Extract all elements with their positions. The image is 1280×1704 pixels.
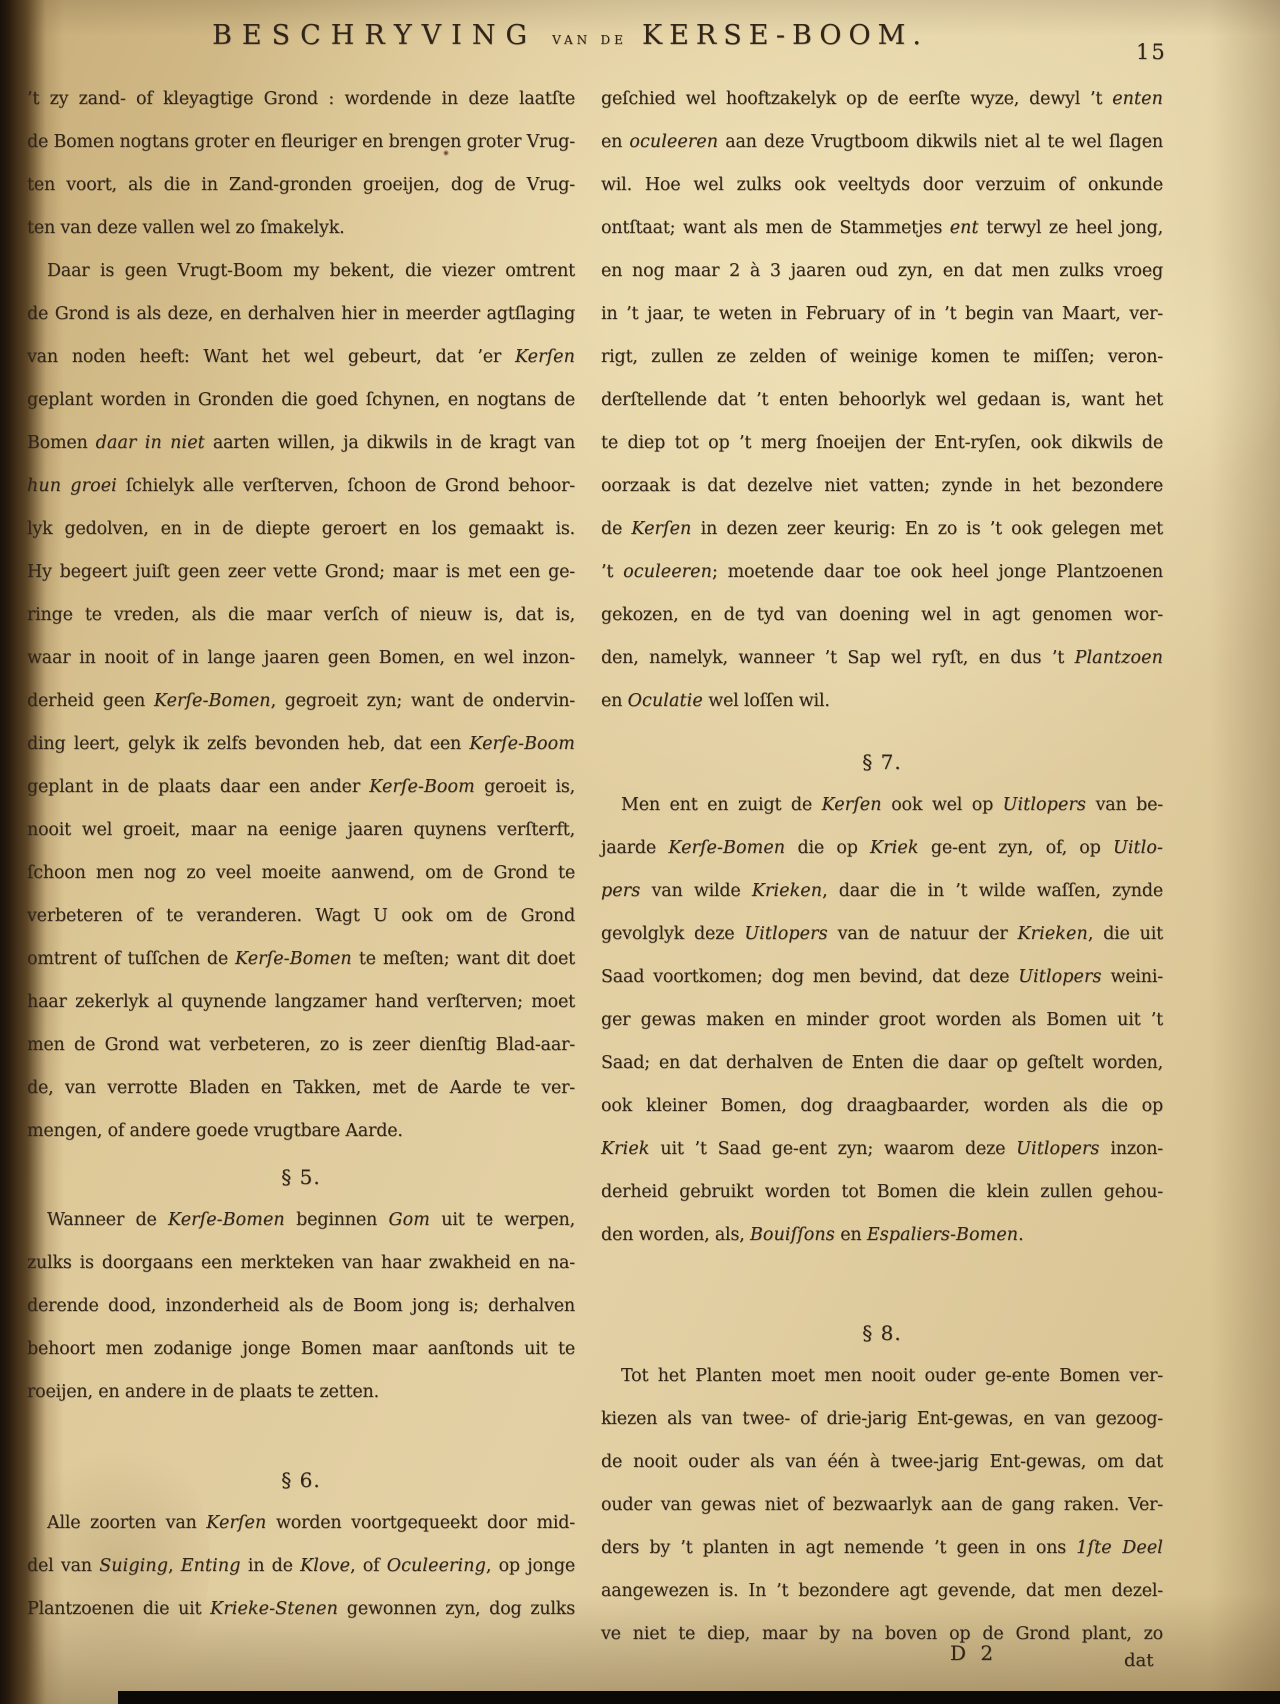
- text-line: ten voort, als die in Zand-gronden groei…: [27, 164, 575, 207]
- text-line: en Oculatie wel loſſen wil.: [601, 680, 1163, 723]
- text-line: den, namelyk, wanneer ’t Sap wel ryſt, e…: [601, 637, 1163, 680]
- text-line: hun groei ſchielyk alle verſterven, ſcho…: [27, 465, 575, 508]
- text-line: zulks is doorgaans een merkteken van haa…: [27, 1242, 575, 1285]
- text-line: wil. Hoe wel zulks ook veeltyds door ver…: [601, 164, 1163, 207]
- text-line: lyk gedolven, en in de diepte geroert en…: [27, 508, 575, 551]
- text-line: haar zekerlyk al quynende langzamer hand…: [27, 981, 575, 1024]
- header-title-tail: KERSE-BOOM.: [642, 20, 928, 51]
- text-line: derſtellende dat ’t enten behoorlyk wel …: [601, 379, 1163, 422]
- text-line: derende dood, inzonderheid als de Boom j…: [27, 1285, 575, 1328]
- text-line: omtrent of tuſſchen de Kerſe-Bomen te me…: [27, 938, 575, 981]
- text-line: de Bomen nogtans groter en fleuriger en …: [27, 121, 575, 164]
- text-line: ten van deze vallen wel zo ſmakelyk.: [27, 207, 575, 250]
- catchword: dat: [1124, 1650, 1154, 1671]
- text-line: ’t oculeeren; moetende daar toe ook heel…: [601, 551, 1163, 594]
- text-line: in ’t jaar, te weten in February of in ’…: [601, 293, 1163, 336]
- text-line: Alle zoorten van Kerſen worden voortgequ…: [27, 1502, 575, 1545]
- text-line: ve niet te diep, maar by na boven op de …: [601, 1613, 1163, 1656]
- text-line: de Grond is als deze, en derhalven hier …: [27, 293, 575, 336]
- text-line: te diep tot op ’t merg ſnoeijen der Ent-…: [601, 422, 1163, 465]
- text-line: mengen, of andere goede vrugtbare Aarde.: [27, 1110, 575, 1153]
- running-header: BESCHRYVING van de KERSE-BOOM.: [130, 20, 1010, 51]
- text-line: Daar is geen Vrugt-Boom my bekent, die v…: [27, 250, 575, 293]
- text-line: en nog maar 2 à 3 jaaren oud zyn, en dat…: [601, 250, 1163, 293]
- page-number: 15: [1136, 40, 1167, 64]
- text-line: kiezen als van twee- of drie-jarig Ent-g…: [601, 1398, 1163, 1441]
- text-line: geplant worden in Gronden die goed ſchyn…: [27, 379, 575, 422]
- text-line: ger gewas maken en minder groot worden a…: [601, 999, 1163, 1042]
- text-line: Saad; en dat derhalven de Enten die daar…: [601, 1042, 1163, 1085]
- text-line: de Kerſen in dezen zeer keurig: En zo is…: [601, 508, 1163, 551]
- right-text-column: geſchied wel hooftzakelyk op de eerſte w…: [601, 78, 1163, 1656]
- header-title-main: BESCHRYVING: [212, 20, 537, 51]
- text-line: del van Suiging, Enting in de Klove, of …: [27, 1545, 575, 1588]
- text-line: Wanneer de Kerſe-Bomen beginnen Gom uit …: [27, 1199, 575, 1242]
- section-heading: § 6.: [27, 1459, 575, 1502]
- text-line: aangewezen is. In ’t bezondere agt geven…: [601, 1570, 1163, 1613]
- text-line: waar in nooit of in lange jaaren geen Bo…: [27, 637, 575, 680]
- book-page-scan: BESCHRYVING van de KERSE-BOOM. 15 ’t zy …: [0, 0, 1280, 1704]
- section-heading: § 5.: [27, 1156, 575, 1199]
- text-line: ringe te vreden, als die maar verſch of …: [27, 594, 575, 637]
- text-line: ’t zy zand- of kleyagtige Grond : worden…: [27, 78, 575, 121]
- text-line: van noden heeft: Want het wel gebeurt, d…: [27, 336, 575, 379]
- text-line: rigt, zullen ze zelden of weinige komen …: [601, 336, 1163, 379]
- text-line: roeijen, en andere in de plaats te zette…: [27, 1371, 575, 1414]
- signature-mark: D 2: [950, 1641, 997, 1665]
- text-line: oorzaak is dat dezelve niet vatten; zynd…: [601, 465, 1163, 508]
- text-line: den worden, als, Bouiſſons en Espaliers-…: [601, 1214, 1163, 1257]
- text-line: derheid geen Kerſe-Bomen, gegroeit zyn; …: [27, 680, 575, 723]
- section-heading: § 8.: [601, 1312, 1163, 1355]
- text-line: derheid gebruikt worden tot Bomen die kl…: [601, 1171, 1163, 1214]
- text-line: geſchied wel hooftzakelyk op de eerſte w…: [601, 78, 1163, 121]
- text-line: ding leert, gelyk ik zelfs bevonden heb,…: [27, 723, 575, 766]
- text-line: geplant in de plaats daar een ander Kerſ…: [27, 766, 575, 809]
- text-line: Bomen daar in niet aarten willen, ja dik…: [27, 422, 575, 465]
- text-line: Kriek uit ’t Saad ge-ent zyn; waarom dez…: [601, 1128, 1163, 1171]
- left-text-column: ’t zy zand- of kleyagtige Grond : worden…: [27, 78, 575, 1631]
- text-line: ders by ’t planten in agt nemende ’t gee…: [601, 1527, 1163, 1570]
- text-line: gevolglyk deze Uitlopers van de natuur d…: [601, 913, 1163, 956]
- text-line: men de Grond wat verbeteren, zo is zeer …: [27, 1024, 575, 1067]
- text-line: pers van wilde Krieken, daar die in ’t w…: [601, 870, 1163, 913]
- text-line: de, van verrotte Bladen en Takken, met d…: [27, 1067, 575, 1110]
- text-line: verbeteren of te veranderen. Wagt U ook …: [27, 895, 575, 938]
- text-line: ook kleiner Bomen, dog draagbaarder, wor…: [601, 1085, 1163, 1128]
- text-line: behoort men zodanige jonge Bomen maar aa…: [27, 1328, 575, 1371]
- text-line: ouder van gewas niet of bezwaarlyk aan d…: [601, 1484, 1163, 1527]
- section-heading: § 7.: [601, 741, 1163, 784]
- header-title-connector: van de: [552, 29, 627, 49]
- text-line: nooit wel groeit, maar na eenige jaaren …: [27, 809, 575, 852]
- scan-edge-strip: [118, 1691, 1280, 1704]
- text-line: Tot het Planten moet men nooit ouder ge-…: [601, 1355, 1163, 1398]
- text-line: ſchoon men nog zo veel moeite aanwend, o…: [27, 852, 575, 895]
- text-line: en oculeeren aan deze Vrugtboom dikwils …: [601, 121, 1163, 164]
- text-line: de nooit ouder als van één à twee-jarig …: [601, 1441, 1163, 1484]
- text-line: Hy begeert juiſt geen zeer vette Grond; …: [27, 551, 575, 594]
- text-line: Plantzoenen die uit Krieke-Stenen gewonn…: [27, 1588, 575, 1631]
- text-line: gekozen, en de tyd van doening wel in ag…: [601, 594, 1163, 637]
- text-line: jaarde Kerſe-Bomen die op Kriek ge-ent z…: [601, 827, 1163, 870]
- text-line: Saad voortkomen; dog men bevind, dat dez…: [601, 956, 1163, 999]
- text-line: Men ent en zuigt de Kerſen ook wel op Ui…: [601, 784, 1163, 827]
- text-line: ontſtaat; want als men de Stammetjes ent…: [601, 207, 1163, 250]
